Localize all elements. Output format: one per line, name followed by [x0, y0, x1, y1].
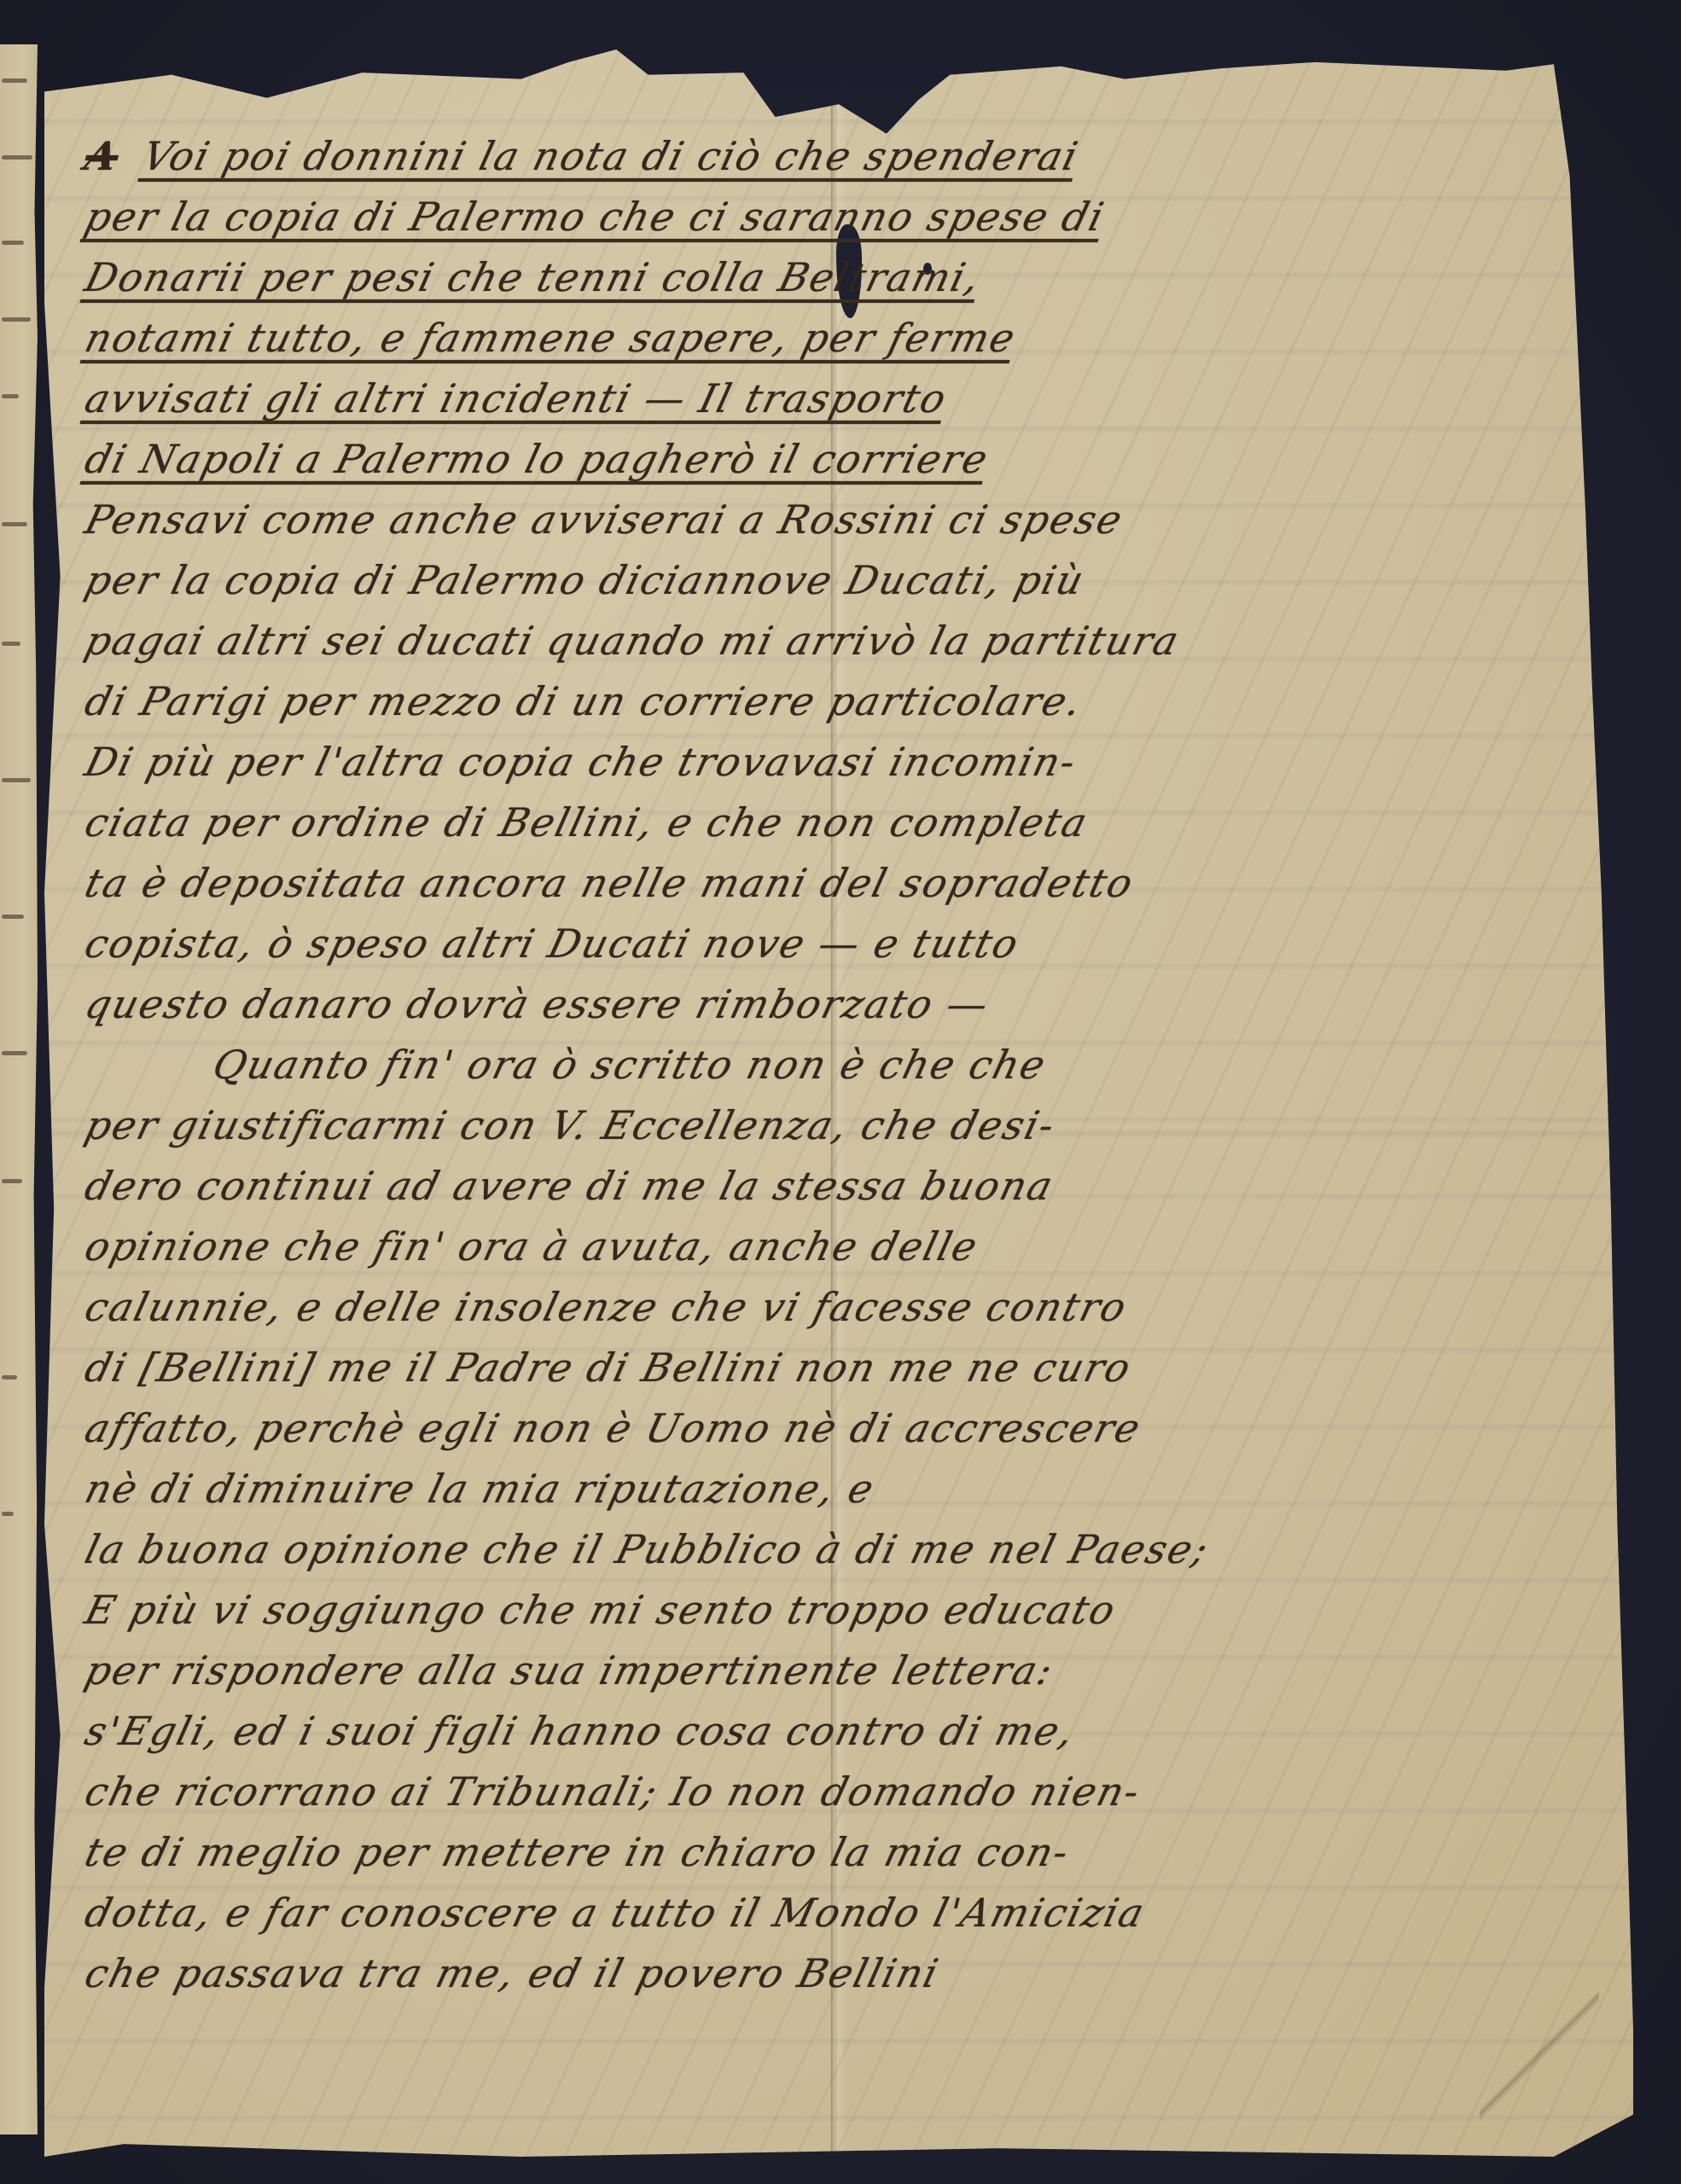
manuscript-line-3: Donarii per pesi che tenni colla Beltram… [79, 247, 1621, 308]
manuscript-line-29: te di meglio per mettere in chiaro la mi… [79, 1822, 1621, 1883]
manuscript-line-13: ta è depositata ancora nelle mani del so… [79, 853, 1621, 914]
manuscript-line-1: AVoi poi donnini la nota di ciò che spen… [79, 126, 1621, 187]
ink-fragment [2, 241, 24, 245]
manuscript-line-18: dero continui ad avere di me la stessa b… [79, 1156, 1621, 1217]
ink-fragment [2, 1051, 27, 1055]
manuscript-line-24: la buona opinione che il Pubblico à di m… [79, 1519, 1621, 1580]
ink-fragment [2, 1375, 17, 1380]
ink-fragment [2, 1512, 14, 1516]
margin-mark: A [79, 126, 125, 187]
manuscript-line-22: affatto, perchè egli non è Uomo nè di ac… [79, 1398, 1621, 1459]
manuscript-line-14: copista, ò speso altri Ducati nove — e t… [79, 914, 1621, 974]
manuscript-line-9: pagai altri sei ducati quando mi arrivò … [79, 611, 1621, 671]
manuscript-line-17: per giustificarmi con V. Eccellenza, che… [79, 1095, 1621, 1156]
manuscript-line-19: opinione che fin' ora à avuta, anche del… [79, 1217, 1621, 1277]
ink-fragment [2, 394, 19, 398]
ink-fragment [2, 155, 32, 160]
manuscript-line-27: s'Egli, ed i suoi figli hanno cosa contr… [79, 1701, 1621, 1762]
manuscript-line-6: di Napoli a Palermo lo pagherò il corrie… [79, 429, 1621, 490]
manuscript-page: AVoi poi donnini la nota di ciò che spen… [44, 49, 1633, 2157]
manuscript-line-28: che ricorrano ai Tribunali; Io non doman… [79, 1762, 1621, 1822]
ink-fragment [2, 778, 31, 782]
manuscript-line-31: che passava tra me, ed il povero Bellini [79, 1943, 1621, 2004]
manuscript-line-30: dotta, e far conoscere a tutto il Mondo … [79, 1883, 1621, 1943]
manuscript-line-2: per la copia di Palermo che ci saranno s… [79, 187, 1621, 247]
manuscript-line-7: Pensavi come anche avviserai a Rossini c… [79, 490, 1621, 550]
ink-fragment [2, 915, 24, 919]
manuscript-line-16: Quanto fin' ora ò scritto non è che che [79, 1035, 1621, 1095]
ink-fragment [2, 78, 27, 83]
ink-fragment [2, 522, 27, 526]
manuscript-line-10: di Parigi per mezzo di un corriere parti… [79, 671, 1621, 732]
ink-fragment [2, 317, 31, 322]
manuscript-line-4: notami tutto, e fammene sapere, per ferm… [79, 308, 1621, 369]
manuscript-line-21: di [Bellini] me il Padre di Bellini non … [79, 1338, 1621, 1398]
manuscript-line-23: nè di diminuire la mia riputazione, e [79, 1459, 1621, 1519]
manuscript-line-20: calunnie, e delle insolenze che vi faces… [79, 1277, 1621, 1338]
manuscript-line-15: questo danaro dovrà essere rimborzato — [79, 974, 1621, 1035]
handwritten-text: AVoi poi donnini la nota di ciò che spen… [79, 126, 1606, 2004]
adjacent-page-strip [0, 44, 38, 2135]
manuscript-line-25: E più vi soggiungo che mi sento troppo e… [79, 1580, 1621, 1641]
ink-fragment [2, 1179, 22, 1183]
manuscript-line-26: per rispondere alla sua impertinente let… [79, 1641, 1621, 1701]
manuscript-line-12: ciata per ordine di Bellini, e che non c… [79, 793, 1621, 853]
manuscript-line-11: Di più per l'altra copia che trovavasi i… [79, 732, 1621, 793]
manuscript-line-8: per la copia di Palermo diciannove Ducat… [79, 550, 1621, 611]
manuscript-line-5: avvisati gli altri incidenti — Il traspo… [79, 369, 1621, 429]
ink-fragment [2, 642, 20, 646]
